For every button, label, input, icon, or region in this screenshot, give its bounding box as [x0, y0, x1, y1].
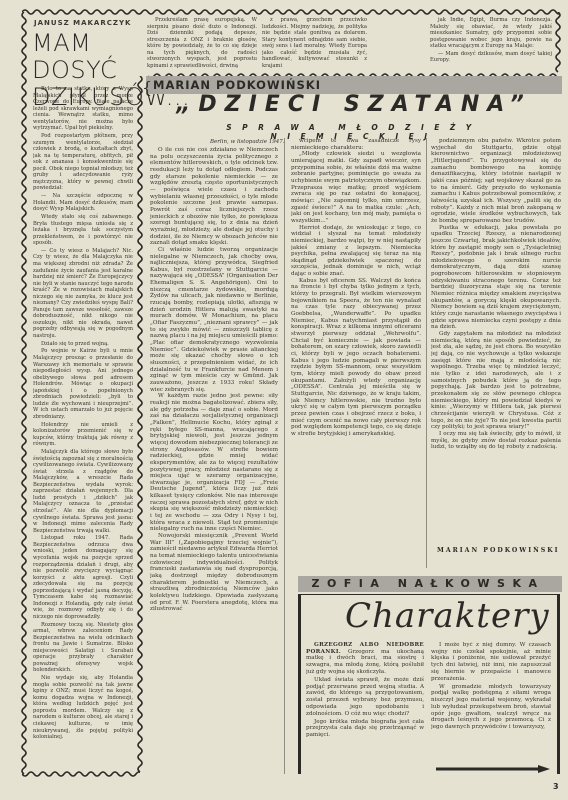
- paragraph: wcipem te dwa zasadnicze rysy niemieckie…: [291, 138, 421, 151]
- column-divider: [284, 138, 285, 774]
- paragraph: Herriot dodaje, że wnioskując z tego, co…: [291, 225, 421, 278]
- paragraph: Kabus był oficerem SS. Walczył do końca …: [291, 278, 421, 438]
- paragraph: Nowojorski miesięcznik „Prevent World Wa…: [150, 533, 278, 613]
- paragraph: I oczy mu się tak świeciły, gdy to mówił…: [431, 431, 561, 451]
- paragraph: z prawa, grzechem przeciwko ludzkości. M…: [262, 17, 367, 69]
- wavy-border-top: [22, 8, 560, 16]
- article-column-2: I może być z niej dumny. W czasach wojny…: [431, 642, 551, 770]
- article-column-top-1: Przekreślam prasę europejską. W sierpniu…: [147, 17, 257, 71]
- author-name: MARIAN PODKOWIŃSKI: [153, 78, 321, 92]
- article-column-top-3: jak Indie, Egipt, Burma czy Indonezja. M…: [430, 17, 552, 71]
- paragraph: Gdy zapytałem na młodzież na młodzież ni…: [431, 331, 561, 431]
- paragraph: Holendrzy nie umieli z kolonizatorów prz…: [33, 422, 133, 448]
- arrow-right-icon: [436, 765, 550, 773]
- paragraph: Układ świata sprawił, że może dziś podją…: [306, 677, 424, 717]
- article-column-left: Było to na statku, który z Wysp Malajski…: [33, 86, 133, 772]
- paragraph: — Mam dosyć dzikusów, mam dosyć takiej E…: [430, 51, 552, 64]
- article-column-2: wcipem te dwa zasadnicze rysy niemieckie…: [291, 138, 421, 570]
- paragraph: Malajczyk dla którego słowo było świętoś…: [33, 449, 133, 534]
- article-column-3: podziemnym obu państw. Wkrótce potem wyj…: [431, 138, 561, 560]
- author-name: ZOFIA NAŁKOWSKA: [298, 577, 558, 590]
- paragraph: Było to na statku, który z Wysp Malajski…: [33, 86, 133, 132]
- page-number: 3: [553, 782, 559, 791]
- paragraph: Nie wydaje się, aby Holandia mogła sobie…: [33, 675, 133, 740]
- article-column-1: O ile coś nie coś zdziałano w Niemczech …: [150, 147, 278, 765]
- article-column-1: GRZEGORZ ALBO NIEDOBRE PORANKI. Grzegorz…: [306, 642, 424, 772]
- paragraph: Pod rozpostartym płótnem, przy szumym we…: [33, 133, 133, 192]
- paragraph: — Na szczęście odpocznę w Holandii. Mam …: [33, 193, 133, 213]
- paragraph: GRZEGORZ ALBO NIEDOBRE PORANKI. Grzegorz…: [306, 642, 424, 676]
- paragraph: podziemnym obu państw. Wkrótce potem wyj…: [431, 138, 561, 225]
- paragraph: Przekreślam prasę europejską. W sierpniu…: [147, 17, 257, 69]
- author-byline: JANUSZ MAKARCZYK: [34, 19, 131, 27]
- paragraph: O ile coś nie coś zdziałano w Niemczech …: [150, 147, 278, 247]
- author-signature: MARIAN PODKOWIŃSKI: [437, 547, 560, 554]
- paragraph: Listopad roku 1947. Rada Bezpieczeństwa …: [33, 535, 133, 620]
- column-divider: [426, 138, 427, 568]
- box-border-top: [298, 594, 560, 595]
- paragraph: Ci właśnie ludzie tworzą organizacje nie…: [150, 247, 278, 393]
- box-border-left: [298, 594, 301, 774]
- paragraph: „Młody człowiek siedzi u wezgłowia umier…: [291, 151, 421, 224]
- newspaper-page: JANUSZ MAKARCZYK MAM DOSYĆ DZIKUSÓW... P…: [0, 0, 568, 800]
- dateline: Berlin, w listopadzie 1947.: [210, 139, 285, 145]
- article-column-top-2: z prawa, grzechem przeciwko ludzkości. M…: [262, 17, 367, 71]
- wavy-border-left: [20, 12, 28, 792]
- wavy-border-inner: [136, 76, 144, 774]
- paragraph: I może być z niej dumny. W czasach wojny…: [431, 642, 551, 682]
- box-border-right: [557, 594, 560, 774]
- paragraph: W gromadzie młodych towarzyszy podjął wa…: [431, 684, 551, 731]
- title-line-1: MAM DOSYĆ: [32, 30, 162, 84]
- paragraph: Jego krótka młoda biografia jest cała pr…: [306, 719, 424, 739]
- wavy-border-right: [554, 12, 562, 74]
- paragraph: W każdym razie jedno jest pewne: siły re…: [150, 393, 278, 533]
- paragraph: jak Indie, Egipt, Burma czy Indonezja. M…: [430, 17, 552, 50]
- article-title-script: Charaktery: [345, 596, 550, 636]
- paragraph: Pustka w edukacji, jaka powstała po upad…: [431, 225, 561, 332]
- paragraph: — Co ty wiesz o Malajach? Nic. Czy ty wi…: [33, 248, 133, 340]
- article-title: „DZIECI SZATANA”: [146, 92, 562, 117]
- paragraph: Działo się to przed wojną.: [33, 341, 133, 348]
- paragraph: Po wojnie w Kairze byli u mnie Malajczyc…: [33, 348, 133, 420]
- paragraph: Rozmowy toczą się. Niestety głos armat, …: [33, 622, 133, 674]
- paragraph: Wtedy stało się coś zabawnego. Bryła tłu…: [33, 214, 133, 247]
